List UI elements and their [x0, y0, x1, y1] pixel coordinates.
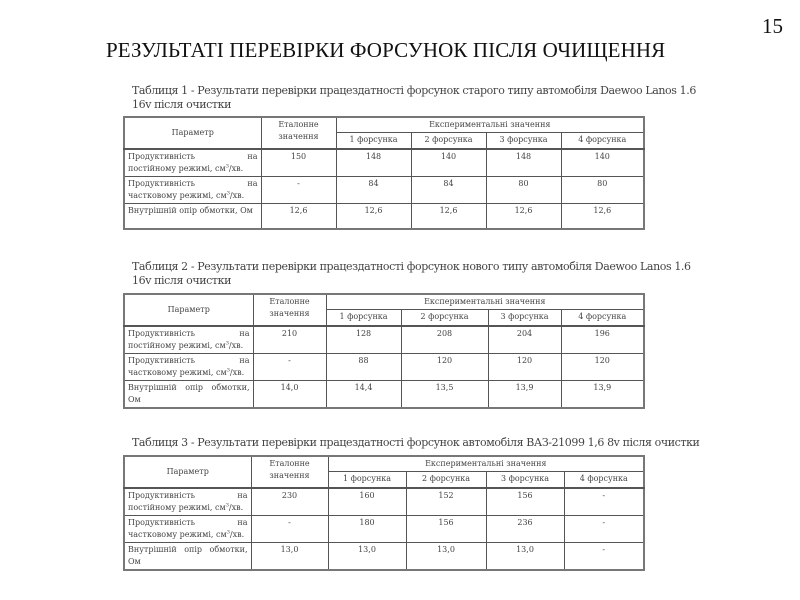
caption-line: Таблиця 3 - Результати перевірки працезд…: [132, 436, 700, 450]
header-injector: 4 форсунка: [564, 472, 644, 488]
value-cell: 152: [406, 488, 486, 516]
results-table: ПараметрЕталонне значенняЕкспериментальн…: [123, 293, 645, 409]
value-cell: 84: [336, 176, 411, 203]
param-cell: Внутрішній опір обмотки, Ом: [124, 203, 261, 229]
param-label: Внутрішній опір обмотки, Ом: [128, 206, 253, 215]
header-injector: 3 форсунка: [486, 472, 564, 488]
etalon-cell: -: [261, 176, 336, 203]
header-injector: 2 форсунка: [406, 472, 486, 488]
table-row: Внутрішній опір обмотки, Ом13,013,013,01…: [124, 543, 644, 571]
etalon-cell: 210: [253, 326, 326, 354]
param-cell: Продуктивність на постійному режимі, см3…: [124, 149, 261, 177]
value-cell: 120: [488, 353, 561, 380]
value-cell: 88: [326, 353, 401, 380]
header-etalon: Еталонне значення: [261, 117, 336, 149]
table-row: Внутрішній опір обмотки, Ом14,014,413,51…: [124, 380, 644, 408]
table-row: Продуктивність на частковому режимі, см3…: [124, 353, 644, 380]
value-cell: 13,9: [488, 380, 561, 408]
value-cell: 204: [488, 326, 561, 354]
header-etalon: Еталонне значення: [251, 456, 328, 488]
value-cell: 160: [328, 488, 406, 516]
etalon-cell: -: [253, 353, 326, 380]
results-table: ПараметрЕталонне значенняЕкспериментальн…: [123, 116, 645, 230]
etalon-cell: 150: [261, 149, 336, 177]
unit-tail: /хв.: [229, 164, 243, 173]
header-injector: 4 форсунка: [561, 133, 644, 149]
table-row: Внутрішній опір обмотки, Ом12,612,612,61…: [124, 203, 644, 229]
value-cell: 156: [406, 516, 486, 543]
value-cell: 120: [401, 353, 488, 380]
table-caption: Таблиця 2 - Результати перевірки працезд…: [132, 260, 691, 288]
unit-tail: /хв.: [229, 341, 243, 350]
param-label: Внутрішній опір обмотки, Ом: [128, 545, 248, 566]
header-row: ПараметрЕталонне значенняЕкспериментальн…: [124, 294, 644, 310]
header-injector: 1 форсунка: [336, 133, 411, 149]
table-row: Продуктивність на частковому режимі, см3…: [124, 516, 644, 543]
unit-tail: /хв.: [229, 503, 243, 512]
header-etalon: Еталонне значення: [253, 294, 326, 326]
etalon-cell: 14,0: [253, 380, 326, 408]
header-experimental: Експериментальні значення: [336, 117, 644, 133]
value-cell: -: [564, 488, 644, 516]
header-experimental: Експериментальні значення: [328, 456, 644, 472]
header-injector: 2 форсунка: [411, 133, 486, 149]
param-cell: Продуктивність на частковому режимі, см3…: [124, 516, 251, 543]
value-cell: 13,9: [561, 380, 644, 408]
value-cell: 128: [326, 326, 401, 354]
etalon-cell: 230: [251, 488, 328, 516]
value-cell: 156: [486, 488, 564, 516]
param-label: Внутрішній опір обмотки, Ом: [128, 383, 250, 404]
etalon-cell: 12,6: [261, 203, 336, 229]
results-table: ПараметрЕталонне значенняЕкспериментальн…: [123, 455, 645, 571]
value-cell: 13,0: [486, 543, 564, 571]
value-cell: 148: [336, 149, 411, 177]
value-cell: 12,6: [561, 203, 644, 229]
header-row: ПараметрЕталонне значенняЕкспериментальн…: [124, 117, 644, 133]
value-cell: 208: [401, 326, 488, 354]
value-cell: 80: [561, 176, 644, 203]
header-injector: 2 форсунка: [401, 310, 488, 326]
param-cell: Продуктивність на частковому режимі, см3…: [124, 176, 261, 203]
table-caption: Таблиця 1 - Результати перевірки працезд…: [132, 84, 696, 112]
value-cell: 196: [561, 326, 644, 354]
table-row: Продуктивність на частковому режимі, см3…: [124, 176, 644, 203]
header-injector: 3 форсунка: [488, 310, 561, 326]
caption-line: Таблиця 1 - Результати перевірки працезд…: [132, 84, 696, 98]
param-cell: Продуктивність на частковому режимі, см3…: [124, 353, 253, 380]
caption-line: 16v після очистки: [132, 98, 696, 112]
param-cell: Внутрішній опір обмотки, Ом: [124, 380, 253, 408]
table-row: Продуктивність на постійному режимі, см3…: [124, 149, 644, 177]
value-cell: 120: [561, 353, 644, 380]
value-cell: 13,5: [401, 380, 488, 408]
table-row: Продуктивність на постійному режимі, см3…: [124, 488, 644, 516]
caption-line: 16v після очистки: [132, 274, 691, 288]
value-cell: 12,6: [486, 203, 561, 229]
value-cell: 13,0: [406, 543, 486, 571]
unit-tail: /хв.: [230, 191, 244, 200]
value-cell: 13,0: [328, 543, 406, 571]
header-param: Параметр: [124, 456, 251, 488]
unit-tail: /хв.: [230, 368, 244, 377]
table-caption: Таблиця 3 - Результати перевірки працезд…: [132, 436, 700, 450]
value-cell: 148: [486, 149, 561, 177]
table-row: Продуктивність на постійному режимі, см3…: [124, 326, 644, 354]
param-cell: Продуктивність на постійному режимі, см3…: [124, 488, 251, 516]
param-cell: Внутрішній опір обмотки, Ом: [124, 543, 251, 571]
value-cell: 80: [486, 176, 561, 203]
caption-line: Таблиця 2 - Результати перевірки працезд…: [132, 260, 691, 274]
page-number: 15: [762, 14, 783, 39]
header-injector: 1 форсунка: [326, 310, 401, 326]
page-title: РЕЗУЛЬТАТІ ПЕРЕВІРКИ ФОРСУНОК ПІСЛЯ ОЧИЩ…: [106, 38, 665, 63]
header-experimental: Експериментальні значення: [326, 294, 644, 310]
etalon-cell: -: [251, 516, 328, 543]
etalon-cell: 13,0: [251, 543, 328, 571]
header-row: ПараметрЕталонне значенняЕкспериментальн…: [124, 456, 644, 472]
value-cell: 180: [328, 516, 406, 543]
value-cell: 236: [486, 516, 564, 543]
value-cell: 84: [411, 176, 486, 203]
value-cell: 14,4: [326, 380, 401, 408]
header-injector: 3 форсунка: [486, 133, 561, 149]
header-param: Параметр: [124, 294, 253, 326]
param-cell: Продуктивність на постійному режимі, см3…: [124, 326, 253, 354]
header-injector: 4 форсунка: [561, 310, 644, 326]
value-cell: -: [564, 516, 644, 543]
value-cell: -: [564, 543, 644, 571]
header-param: Параметр: [124, 117, 261, 149]
header-injector: 1 форсунка: [328, 472, 406, 488]
unit-tail: /хв.: [230, 530, 244, 539]
value-cell: 140: [411, 149, 486, 177]
value-cell: 12,6: [336, 203, 411, 229]
value-cell: 140: [561, 149, 644, 177]
value-cell: 12,6: [411, 203, 486, 229]
